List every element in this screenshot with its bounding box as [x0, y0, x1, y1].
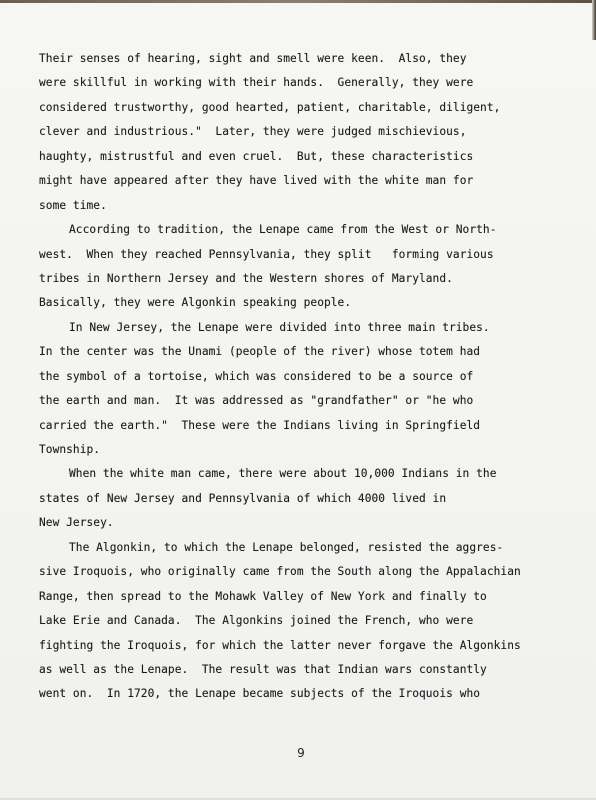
text-line: states of New Jersey and Pennsylvania of…: [39, 487, 579, 511]
text-line: the symbol of a tortoise, which was cons…: [39, 365, 579, 389]
text-line: Basically, they were Algonkin speaking p…: [39, 291, 579, 315]
text-line: some time.: [39, 194, 579, 218]
text-line: clever and industrious." Later, they wer…: [39, 120, 579, 144]
document-page: Their senses of hearing, sight and smell…: [0, 0, 596, 800]
text-line: sive Iroquois, who originally came from …: [39, 560, 579, 584]
scan-top-edge: [0, 0, 596, 3]
text-line: New Jersey.: [39, 511, 579, 535]
text-line: Lake Erie and Canada. The Algonkins join…: [39, 609, 579, 633]
text-line: the earth and man. It was addressed as "…: [39, 389, 579, 413]
scan-right-edge: [592, 0, 596, 40]
text-line: In the center was the Unami (people of t…: [39, 340, 579, 364]
body-text: Their senses of hearing, sight and smell…: [39, 47, 579, 707]
page-number: 9: [0, 746, 596, 760]
text-line: The Algonkin, to which the Lenape belong…: [39, 536, 579, 560]
text-line: west. When they reached Pennsylvania, th…: [39, 243, 579, 267]
text-line: When the white man came, there were abou…: [39, 462, 579, 486]
text-line: Range, then spread to the Mohawk Valley …: [39, 585, 579, 609]
text-line: haughty, mistrustful and even cruel. But…: [39, 145, 579, 169]
text-line: Township.: [39, 438, 579, 462]
text-line: considered trustworthy, good hearted, pa…: [39, 96, 579, 120]
text-line: were skillful in working with their hand…: [39, 71, 579, 95]
text-line: as well as the Lenape. The result was th…: [39, 658, 579, 682]
text-line: went on. In 1720, the Lenape became subj…: [39, 682, 579, 706]
text-line: carried the earth." These were the India…: [39, 414, 579, 438]
text-line: In New Jersey, the Lenape were divided i…: [39, 316, 579, 340]
text-line: tribes in Northern Jersey and the Wester…: [39, 267, 579, 291]
text-line: Their senses of hearing, sight and smell…: [39, 47, 579, 71]
text-line: might have appeared after they have live…: [39, 169, 579, 193]
text-line: fighting the Iroquois, for which the lat…: [39, 634, 579, 658]
text-line: According to tradition, the Lenape came …: [39, 218, 579, 242]
